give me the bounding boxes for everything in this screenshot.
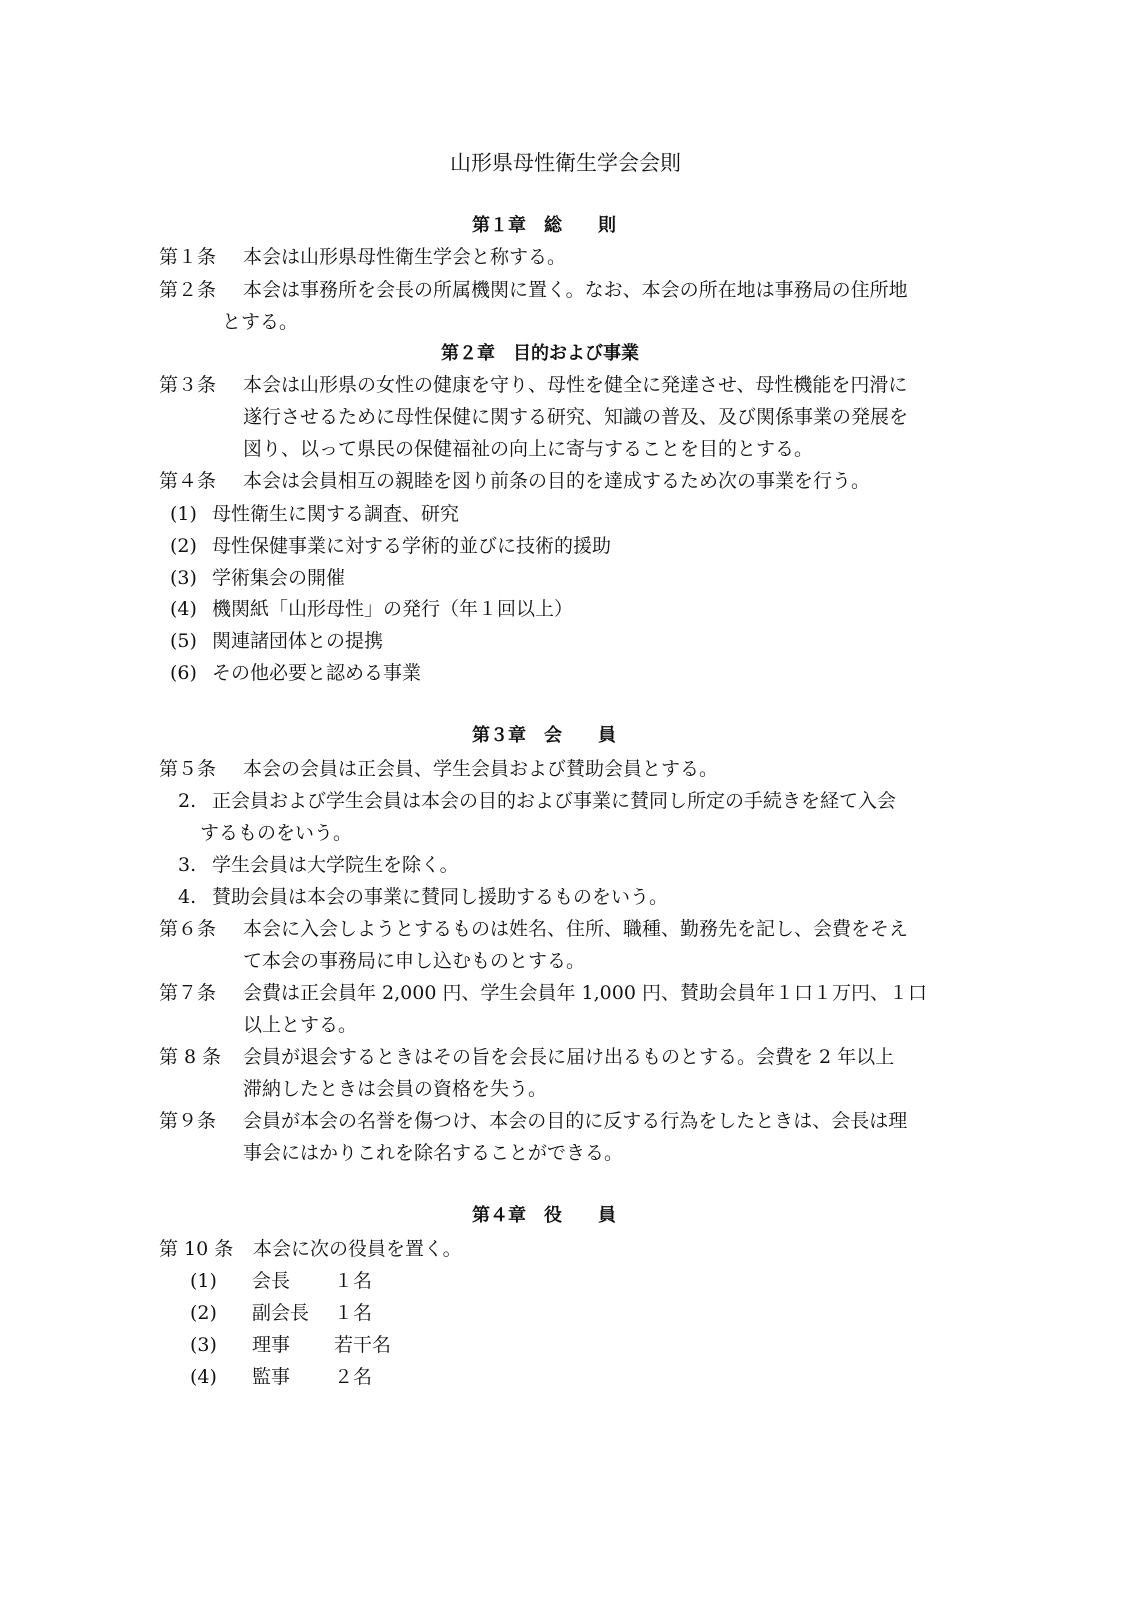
article-text: 本会に次の役員を置く。 — [253, 1238, 462, 1260]
article-3-cont-2: 図り、以って県民の保健福祉の向上に寄与することを目的とする。 — [243, 437, 813, 461]
clause-number: 2. — [178, 789, 212, 813]
list-item: (4)機関紙「山形母性」の発行（年１回以上） — [170, 597, 573, 621]
article-label: 第７条 — [159, 981, 243, 1005]
article-7-cont: 以上とする。 — [243, 1013, 357, 1037]
article-4: 第４条本会は会員相互の親睦を図り前条の目的を達成するため次の事業を行う。 — [159, 469, 870, 493]
article-label: 第４条 — [159, 469, 243, 493]
clause-text: 学生会員は大学院生を除く。 — [212, 854, 459, 876]
officer-row: (2)副会長１名 — [190, 1301, 372, 1325]
officer-count: 若干名 — [334, 1334, 391, 1356]
article-label: 第５条 — [159, 757, 243, 781]
list-item: (3)学術集会の開催 — [170, 566, 345, 590]
officer-role: 監事 — [252, 1365, 334, 1389]
chapter-3-heading: 第３章 会 員 — [472, 724, 616, 748]
item-text: 母性衛生に関する調査、研究 — [212, 503, 459, 525]
article-5: 第５条本会の会員は正会員、学生会員および賛助会員とする。 — [159, 757, 718, 781]
article-8: 第 8 条会員が退会するときはその旨を会長に届け出るものとする。会費を 2 年以… — [159, 1045, 894, 1069]
article-9: 第９条会員が本会の名誉を傷つけ、本会の目的に反する行為をしたときは、会長は理 — [159, 1109, 907, 1133]
document-page: 山形県母性衛生学会会則 第１章 総 則 第１条本会は山形県母性衛生学会と称する。… — [0, 0, 1131, 1605]
clause-text: 正会員および学生会員は本会の目的および事業に賛同し所定の手続きを経て入会 — [212, 790, 896, 812]
item-number: (6) — [170, 661, 212, 685]
officer-role: 副会長 — [252, 1301, 334, 1325]
officer-role: 会長 — [252, 1269, 334, 1293]
officer-row: (4)監事２名 — [190, 1365, 372, 1389]
chapter-2-heading: 第２章 目的および事業 — [441, 342, 639, 366]
document-title: 山形県母性衛生学会会則 — [0, 149, 1131, 177]
list-item: (6)その他必要と認める事業 — [170, 661, 421, 685]
article-2: 第２条本会は事務所を会長の所属機関に置く。なお、本会の所在地は事務局の住所地 — [159, 278, 908, 302]
article-text: 本会の会員は正会員、学生会員および賛助会員とする。 — [243, 758, 718, 780]
article-text: 本会は事務所を会長の所属機関に置く。なお、本会の所在地は事務局の住所地 — [243, 279, 908, 301]
item-text: その他必要と認める事業 — [212, 662, 421, 684]
clause-number: 3. — [178, 853, 212, 877]
officer-row: (1)会長１名 — [190, 1269, 372, 1293]
clause: 3.学生会員は大学院生を除く。 — [178, 853, 459, 877]
article-text: 本会に入会しようとするものは姓名、住所、職種、勤務先を記し、会費をそえ — [243, 918, 908, 940]
article-label: 第２条 — [159, 278, 243, 302]
article-label: 第９条 — [159, 1109, 243, 1133]
chapter-1-heading: 第１章 総 則 — [472, 214, 616, 238]
clause-text: 賛助会員は本会の事業に賛同し援助するものをいう。 — [212, 886, 668, 908]
article-6-cont: て本会の事務局に申し込むものとする。 — [243, 949, 585, 973]
article-label: 第６条 — [159, 917, 243, 941]
officer-count: １名 — [334, 1302, 372, 1324]
list-item: (1)母性衛生に関する調査、研究 — [170, 502, 459, 526]
article-9-cont: 事会にはかりこれを除名することができる。 — [243, 1141, 623, 1165]
list-item: (2)母性保健事業に対する学術的並びに技術的援助 — [170, 534, 611, 558]
article-label: 第 10 条 — [159, 1237, 253, 1261]
officer-number: (4) — [190, 1365, 252, 1389]
item-number: (2) — [170, 534, 212, 558]
article-7: 第７条会費は正会員年 2,000 円、学生会員年 1,000 円、賛助会員年１口… — [159, 981, 927, 1005]
item-text: 母性保健事業に対する学術的並びに技術的援助 — [212, 535, 611, 557]
officer-number: (3) — [190, 1333, 252, 1357]
chapter-4-heading: 第４章 役 員 — [472, 1204, 616, 1228]
article-text: 会員が退会するときはその旨を会長に届け出るものとする。会費を 2 年以上 — [243, 1046, 894, 1068]
article-text: 本会は山形県の女性の健康を守り、母性を健全に発達させ、母性機能を円滑に — [243, 374, 907, 396]
article-text: 会員が本会の名誉を傷つけ、本会の目的に反する行為をしたときは、会長は理 — [243, 1110, 907, 1132]
item-text: 学術集会の開催 — [212, 567, 345, 589]
officer-count: ２名 — [334, 1366, 372, 1388]
officer-number: (1) — [190, 1269, 252, 1293]
item-text: 機関紙「山形母性」の発行（年１回以上） — [212, 598, 573, 620]
item-text: 関連諸団体との提携 — [212, 630, 383, 652]
list-item: (5)関連諸団体との提携 — [170, 629, 383, 653]
article-1: 第１条本会は山形県母性衛生学会と称する。 — [159, 245, 566, 269]
article-label: 第１条 — [159, 245, 243, 269]
officer-number: (2) — [190, 1301, 252, 1325]
article-label: 第３条 — [159, 373, 243, 397]
article-3: 第３条本会は山形県の女性の健康を守り、母性を健全に発達させ、母性機能を円滑に — [159, 373, 907, 397]
item-number: (5) — [170, 629, 212, 653]
article-8-cont: 滞納したときは会員の資格を失う。 — [243, 1077, 547, 1101]
clause-cont: するものをいう。 — [200, 821, 352, 845]
item-number: (3) — [170, 566, 212, 590]
article-label: 第 8 条 — [159, 1045, 243, 1069]
officer-row: (3)理事若干名 — [190, 1333, 391, 1357]
article-2-cont: とする。 — [222, 310, 298, 334]
article-text: 会費は正会員年 2,000 円、学生会員年 1,000 円、賛助会員年１口１万円… — [243, 982, 927, 1004]
item-number: (1) — [170, 502, 212, 526]
article-6: 第６条本会に入会しようとするものは姓名、住所、職種、勤務先を記し、会費をそえ — [159, 917, 908, 941]
article-text: 本会は山形県母性衛生学会と称する。 — [243, 246, 566, 268]
clause: 4.賛助会員は本会の事業に賛同し援助するものをいう。 — [178, 885, 668, 909]
article-3-cont-1: 遂行させるために母性保健に関する研究、知識の普及、及び関係事業の発展を — [243, 405, 908, 429]
officer-count: １名 — [334, 1270, 372, 1292]
item-number: (4) — [170, 597, 212, 621]
clause-number: 4. — [178, 885, 212, 909]
article-text: 本会は会員相互の親睦を図り前条の目的を達成するため次の事業を行う。 — [243, 470, 870, 492]
article-10: 第 10 条本会に次の役員を置く。 — [159, 1237, 462, 1261]
officer-role: 理事 — [252, 1333, 334, 1357]
clause: 2.正会員および学生会員は本会の目的および事業に賛同し所定の手続きを経て入会 — [178, 789, 896, 813]
